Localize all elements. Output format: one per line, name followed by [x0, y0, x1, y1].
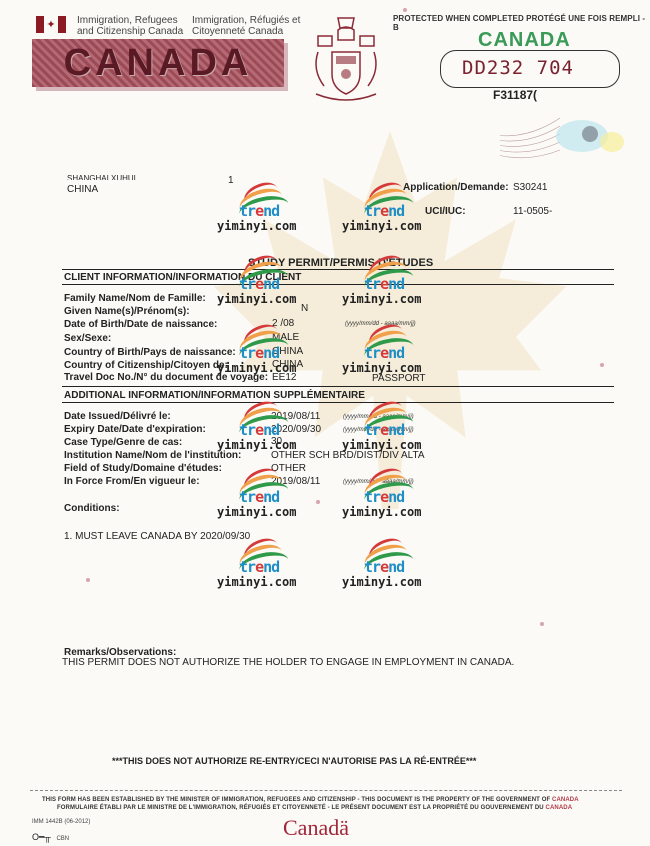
printer-name: CBN: [56, 836, 69, 842]
trend-watermark: trend yiminyi.com: [217, 326, 307, 376]
printer-mark: O━╥ CBN: [32, 832, 69, 843]
decorative-dot: [316, 500, 320, 504]
divider: [62, 269, 614, 270]
address-line-2: CHINA: [67, 184, 98, 195]
divider: [62, 402, 614, 403]
canada-flag-icon: ✦: [36, 16, 66, 33]
remarks-text: THIS PERMIT DOES NOT AUTHORIZE THE HOLDE…: [62, 657, 514, 668]
trend-watermark: trend yiminyi.com: [217, 540, 307, 590]
field-of-study-label: Field of Study/Domaine d'études:: [64, 463, 222, 474]
footer-divider: [30, 790, 622, 791]
decorative-dot: [403, 8, 407, 12]
department-name-fr: Immigration, Réfugiés et Citoyenneté Can…: [192, 15, 302, 37]
footer-notice-en: THIS FORM HAS BEEN ESTABLISHED BY THE MI…: [42, 797, 579, 803]
expiry-date-label: Expiry Date/Date d'expiration:: [64, 424, 206, 435]
footer-notice-fr-text: FORMULAIRE ÉTABLI PAR LE MINISTRE DE L'I…: [57, 805, 544, 811]
decorative-dot: [86, 578, 90, 582]
trend-watermark: trend yiminyi.com: [342, 403, 432, 453]
trend-watermark: trend yiminyi.com: [217, 257, 307, 307]
conditions-label: Conditions:: [64, 503, 120, 514]
department-name-en: Immigration, Refugees and Citizenship Ca…: [77, 15, 187, 37]
country-of-birth-label: Country of Birth/Pays de naissance:: [64, 347, 236, 358]
canada-banner: CANADA: [32, 39, 284, 87]
trend-watermark: trend yiminyi.com: [342, 540, 432, 590]
divider: [62, 284, 614, 285]
given-name-label: Given Name(s)/Prénom(s):: [64, 306, 190, 317]
trend-watermark: trend yiminyi.com: [342, 257, 432, 307]
institution-label: Institution Name/Nom de l'institution:: [64, 450, 241, 461]
footer-notice-fr-country: CANADA: [546, 805, 573, 811]
serial-number: F31187(: [493, 88, 537, 102]
document-number: DD232 704: [462, 57, 574, 79]
in-force-label: In Force From/En vigueur le:: [64, 476, 200, 487]
key-icon: O━╥: [32, 832, 51, 842]
maple-leaf-watermark: [150, 110, 630, 530]
coat-of-arms-icon: [308, 12, 384, 106]
banner-text: CANADA: [64, 42, 253, 85]
case-type-label: Case Type/Genre de cas:: [64, 437, 182, 448]
sex-label: Sex/Sexe:: [64, 333, 111, 344]
address-line-1: SHANGHAI XUHUI: [67, 175, 136, 180]
additional-info-title: ADDITIONAL INFORMATION/INFORMATION SUPPL…: [64, 390, 365, 401]
trend-watermark: trend yiminyi.com: [342, 326, 432, 376]
reentry-notice: ***THIS DOES NOT AUTHORIZE RE-ENTRY/CECI…: [112, 756, 476, 766]
trend-watermark: trend yiminyi.com: [217, 184, 307, 234]
footer-notice-en-text: THIS FORM HAS BEEN ESTABLISHED BY THE MI…: [42, 797, 550, 803]
decorative-dot: [540, 622, 544, 626]
trend-watermark: trend yiminyi.com: [217, 470, 307, 520]
canada-wordmark: Canadä: [283, 815, 349, 841]
footer-notice-fr: FORMULAIRE ÉTABLI PAR LE MINISTRE DE L'I…: [57, 805, 572, 811]
decorative-dot: [600, 363, 604, 367]
family-name-label: Family Name/Nom de Famille:: [64, 293, 206, 304]
application-number: S30241: [513, 182, 547, 193]
country-title: CANADA: [478, 29, 571, 52]
trend-watermark: trend yiminyi.com: [217, 403, 307, 453]
footer-notice-en-country: CANADA: [552, 797, 579, 803]
trend-watermark: trend yiminyi.com: [342, 470, 432, 520]
uci-number: 11-0505-: [513, 206, 552, 217]
hologram-icon: [500, 108, 630, 168]
form-code: IMM 1442B (06-2012): [32, 819, 90, 825]
divider: [62, 386, 614, 387]
trend-watermark: trend yiminyi.com: [342, 184, 432, 234]
citizenship-label: Country of Citizenship/Citoyen de:: [64, 360, 228, 371]
date-issued-label: Date Issued/Délivré le:: [64, 411, 171, 422]
dob-label: Date of Birth/Date de naissance:: [64, 319, 217, 330]
